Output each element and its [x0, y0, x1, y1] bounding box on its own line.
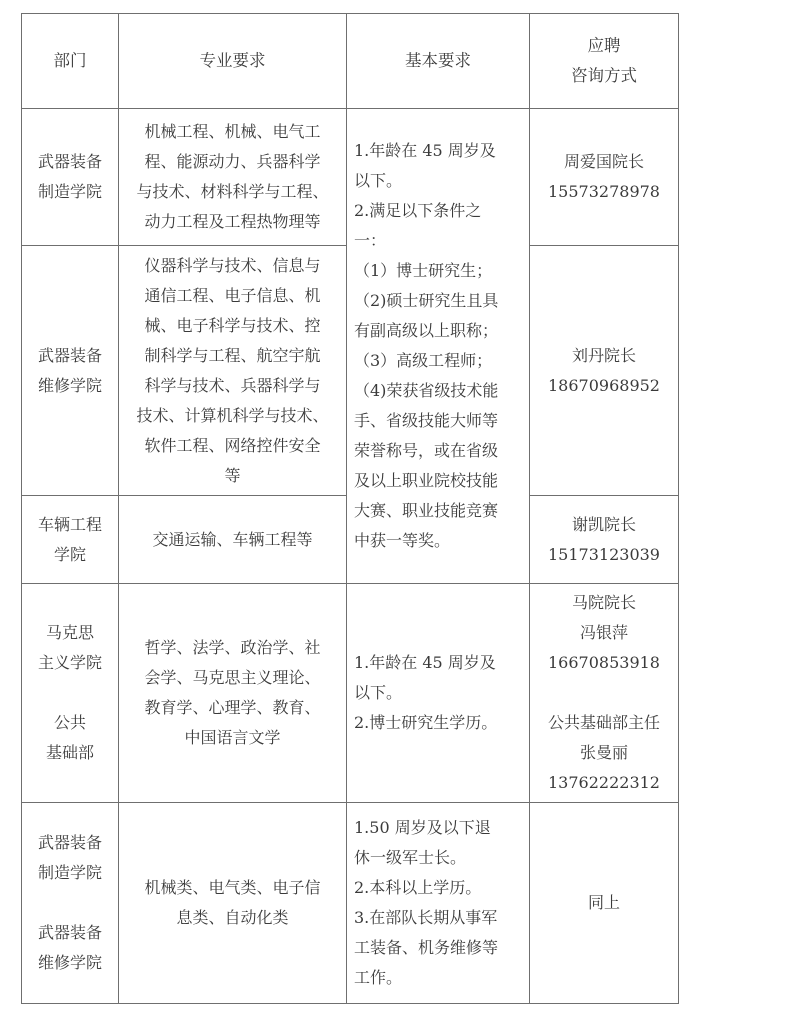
major-line: 机械类、电气类、电子信 [144, 873, 320, 903]
row-2-major: 交通运输、车辆工程等 [119, 496, 346, 583]
department-line: 武器装备 [38, 918, 102, 948]
major-line: 程、能源动力、兵器科学 [136, 147, 328, 177]
major-line: 仪器科学与技术、信息与 [136, 251, 328, 281]
basic-line: 以下。 [354, 166, 498, 196]
contact-line: 18670968952 [548, 371, 660, 401]
header-major: 专业要求 [119, 14, 346, 108]
contact-line: 周爱国院长 [548, 147, 660, 177]
basic-line: 2.本科以上学历。 [354, 873, 498, 903]
basic-line: 有副高级以上职称； [354, 316, 498, 346]
recruitment-table: 部门 专业要求 基本要求 应聘 咨询方式 武器装备 制造学院 机械工程、机械、电… [21, 13, 679, 1004]
major-line: 械、电子科学与技术、控 [136, 311, 328, 341]
basic-line: （4)荣获省级技术能 [354, 376, 498, 406]
basic-line: （1）博士研究生； [354, 256, 498, 286]
row-4-contact: 同上 [530, 803, 678, 1003]
contact-line: 13762222312 [548, 768, 660, 798]
contact-line: 15573278978 [548, 177, 660, 207]
department-line: 主义学院 [38, 648, 102, 678]
basic-line: 以下。 [354, 678, 497, 708]
row-3-department: 马克思 主义学院 公共 基础部 [22, 584, 118, 802]
row-4-basic: 1.50 周岁及以下退 休一级军士长。 2.本科以上学历。 3.在部队长期从事军… [347, 803, 529, 1003]
department-line: 制造学院 [38, 858, 102, 888]
basic-line: 2.满足以下条件之 [354, 196, 498, 226]
major-line: 机械工程、机械、电气工 [136, 117, 328, 147]
basic-line: 一： [354, 226, 498, 256]
header-contact-line: 咨询方式 [571, 61, 637, 91]
basic-line: （3）高级工程师； [354, 346, 498, 376]
row-2-department: 车辆工程 学院 [22, 496, 118, 583]
table-border-right [678, 13, 679, 1004]
basic-line: 1.50 周岁及以下退 [354, 813, 498, 843]
basic-line: 1.年龄在 45 周岁及 [354, 136, 498, 166]
basic-line: 工作。 [354, 963, 498, 993]
department-line: 武器装备 [38, 341, 102, 371]
row-3-contact: 马院院长 冯银萍 16670853918 公共基础部主任 张曼丽 1376222… [530, 584, 678, 802]
major-line: 息类、自动化类 [144, 903, 320, 933]
basic-line: 大赛、职业技能竞赛 [354, 496, 498, 526]
header-department-label: 部门 [54, 46, 87, 76]
major-line: 与技术、材料科学与工程、 [136, 177, 328, 207]
department-line: 学院 [38, 540, 102, 570]
header-contact: 应聘 咨询方式 [530, 14, 678, 108]
department-line: 武器装备 [38, 828, 102, 858]
major-line: 会学、马克思主义理论、 [144, 663, 320, 693]
row-2-contact: 谢凯院长 15173123039 [530, 496, 678, 583]
basic-line: 休一级军士长。 [354, 843, 498, 873]
basic-line: （2)硕士研究生且具 [354, 286, 498, 316]
major-line: 交通运输、车辆工程等 [152, 525, 312, 555]
basic-line: 1.年龄在 45 周岁及 [354, 648, 497, 678]
contact-line: 公共基础部主任 [548, 708, 660, 738]
row-0-department: 武器装备 制造学院 [22, 109, 118, 245]
major-line: 教育学、心理学、教育、 [144, 693, 320, 723]
header-major-label: 专业要求 [200, 46, 266, 76]
header-contact-line: 应聘 [571, 31, 637, 61]
row-1-major: 仪器科学与技术、信息与 通信工程、电子信息、机 械、电子科学与技术、控 制科学与… [119, 246, 346, 495]
contact-line: 同上 [588, 888, 620, 918]
department-line: 车辆工程 [38, 510, 102, 540]
basic-line: 中获一等奖。 [354, 526, 498, 556]
basic-line: 及以上职业院校技能 [354, 466, 498, 496]
header-basic: 基本要求 [347, 14, 529, 108]
department-line: 武器装备 [38, 147, 102, 177]
department-line: 公共 [38, 708, 102, 738]
row-0-contact: 周爱国院长 15573278978 [530, 109, 678, 245]
row-3-major: 哲学、法学、政治学、社 会学、马克思主义理论、 教育学、心理学、教育、 中国语言… [119, 584, 346, 802]
basic-line: 3.在部队长期从事军 [354, 903, 498, 933]
department-line: 维修学院 [38, 371, 102, 401]
major-line: 通信工程、电子信息、机 [136, 281, 328, 311]
row-1-department: 武器装备 维修学院 [22, 246, 118, 495]
contact-line: 15173123039 [548, 540, 660, 570]
department-line: 制造学院 [38, 177, 102, 207]
contact-line: 冯银萍 [548, 618, 660, 648]
major-line: 技术、计算机科学与技术、 [136, 401, 328, 431]
contact-line: 刘丹院长 [548, 341, 660, 371]
table-border-bottom [21, 1003, 679, 1004]
basic-line: 工装备、机务维修等 [354, 933, 498, 963]
spacer [38, 678, 102, 708]
shared-basic-requirements: 1.年龄在 45 周岁及 以下。 2.满足以下条件之 一： （1）博士研究生； … [347, 109, 529, 583]
row-4-department: 武器装备 制造学院 武器装备 维修学院 [22, 803, 118, 1003]
major-line: 等 [136, 461, 328, 491]
major-line: 中国语言文学 [144, 723, 320, 753]
spacer [38, 888, 102, 918]
major-line: 科学与技术、兵器科学与 [136, 371, 328, 401]
contact-line: 16670853918 [548, 648, 660, 678]
row-3-basic: 1.年龄在 45 周岁及 以下。 2.博士研究生学历。 [347, 584, 529, 802]
header-basic-label: 基本要求 [405, 46, 471, 76]
contact-line: 马院院长 [548, 588, 660, 618]
basic-line: 2.博士研究生学历。 [354, 708, 497, 738]
header-department: 部门 [22, 14, 118, 108]
basic-line: 荣誉称号，或在省级 [354, 436, 498, 466]
basic-line: 手、省级技能大师等 [354, 406, 498, 436]
row-1-contact: 刘丹院长 18670968952 [530, 246, 678, 495]
row-4-major: 机械类、电气类、电子信 息类、自动化类 [119, 803, 346, 1003]
major-line: 动力工程及工程热物理等 [136, 207, 328, 237]
contact-line: 谢凯院长 [548, 510, 660, 540]
spacer [548, 678, 660, 708]
row-0-major: 机械工程、机械、电气工 程、能源动力、兵器科学 与技术、材料科学与工程、 动力工… [119, 109, 346, 245]
department-line: 基础部 [38, 738, 102, 768]
department-line: 维修学院 [38, 948, 102, 978]
major-line: 哲学、法学、政治学、社 [144, 633, 320, 663]
major-line: 软件工程、网络控件安全 [136, 431, 328, 461]
department-line: 马克思 [38, 618, 102, 648]
major-line: 制科学与工程、航空宇航 [136, 341, 328, 371]
contact-line: 张曼丽 [548, 738, 660, 768]
